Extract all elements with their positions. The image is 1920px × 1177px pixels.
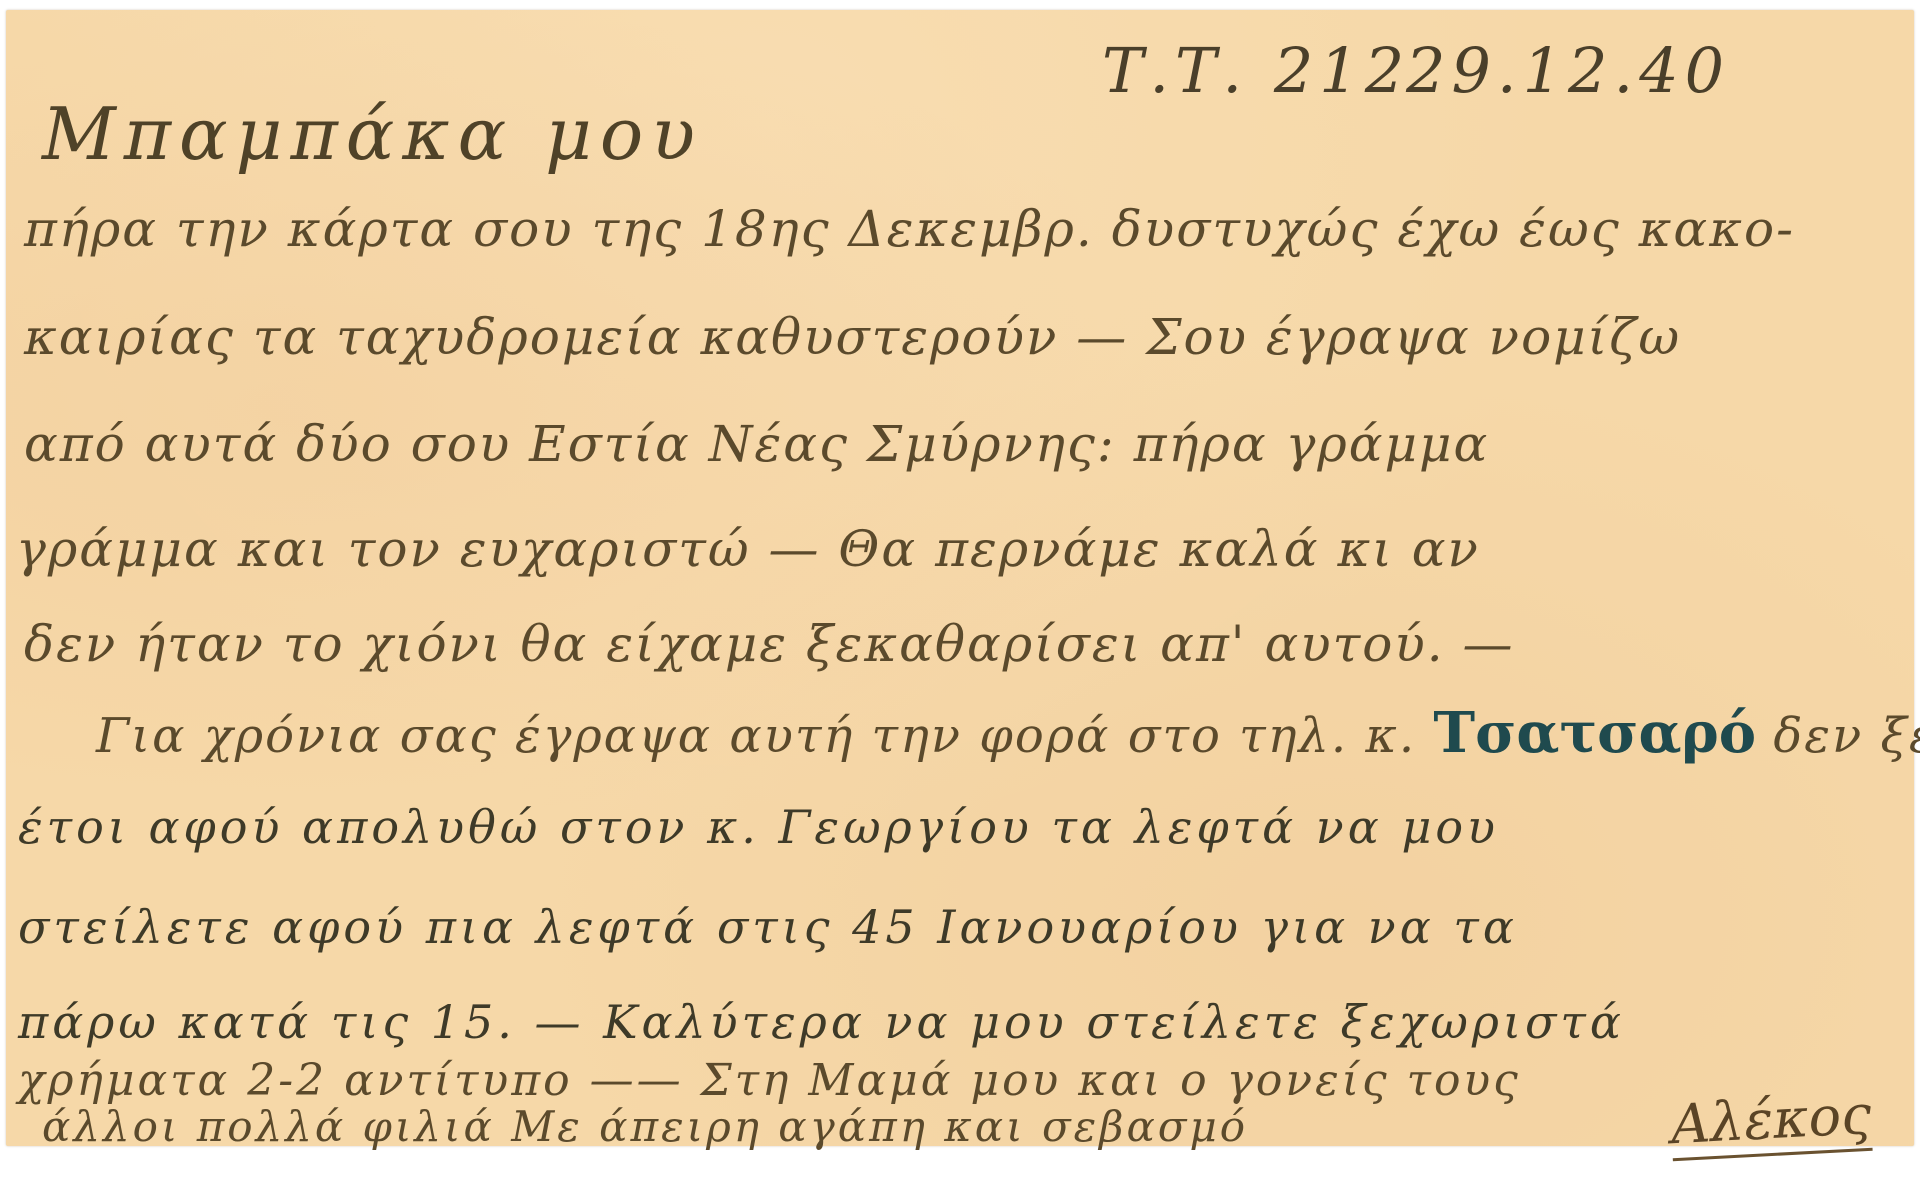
text-line-8: στείλετε αφού πια λεφτά στις 45 Ιανουαρί… xyxy=(18,900,1518,954)
text-line-6-start: Για χρόνια σας έγραψα αυτή την φορά στο … xyxy=(96,708,1416,764)
signature: Αλέκος xyxy=(1669,1083,1873,1161)
text-line-1: πήρα την κάρτα σου της 18ης Δεκεμβρ. δυσ… xyxy=(24,200,1795,258)
postcard-page: Τ.Τ. 212 29.12.40 Μπαμπάκα μου πήρα την … xyxy=(6,10,1914,1146)
highlighted-name: Τσατσαρό xyxy=(1433,700,1756,766)
text-line-3: από αυτά δύο σου Εστία Νέας Σμύρνης: πήρ… xyxy=(24,415,1489,473)
text-line-6: Για χρόνια σας έγραψα αυτή την φορά στο … xyxy=(96,700,1920,766)
text-line-5: δεν ήταν το χιόνι θα είχαμε ξεκαθαρίσει … xyxy=(24,615,1515,673)
text-line-2: καιρίας τα ταχυδρομεία καθυστερούν — Σου… xyxy=(24,308,1681,366)
text-line-10: χρήματα 2-2 αντίτυπο —— Στη Μαμά μου και… xyxy=(18,1055,1521,1106)
text-line-9: πάρω κατά τις 15. — Καλύτερα να μου στεί… xyxy=(18,995,1625,1049)
text-line-4: γράμμα και τον ευχαριστώ — Θα περνάμε κα… xyxy=(16,520,1480,578)
header-date: 29.12.40 xyxy=(1406,34,1730,107)
header-reference: Τ.Τ. 212 xyxy=(1102,34,1410,107)
text-line-11: άλλοι πολλά φιλιά Με άπειρη αγάπη και σε… xyxy=(42,1102,1248,1151)
text-line-6-end: δεν ξέρω xyxy=(1773,708,1920,764)
salutation: Μπαμπάκα μου xyxy=(42,92,703,176)
text-line-7: έτοι αφού απολυθώ στον κ. Γεωργίου τα λε… xyxy=(18,800,1499,854)
